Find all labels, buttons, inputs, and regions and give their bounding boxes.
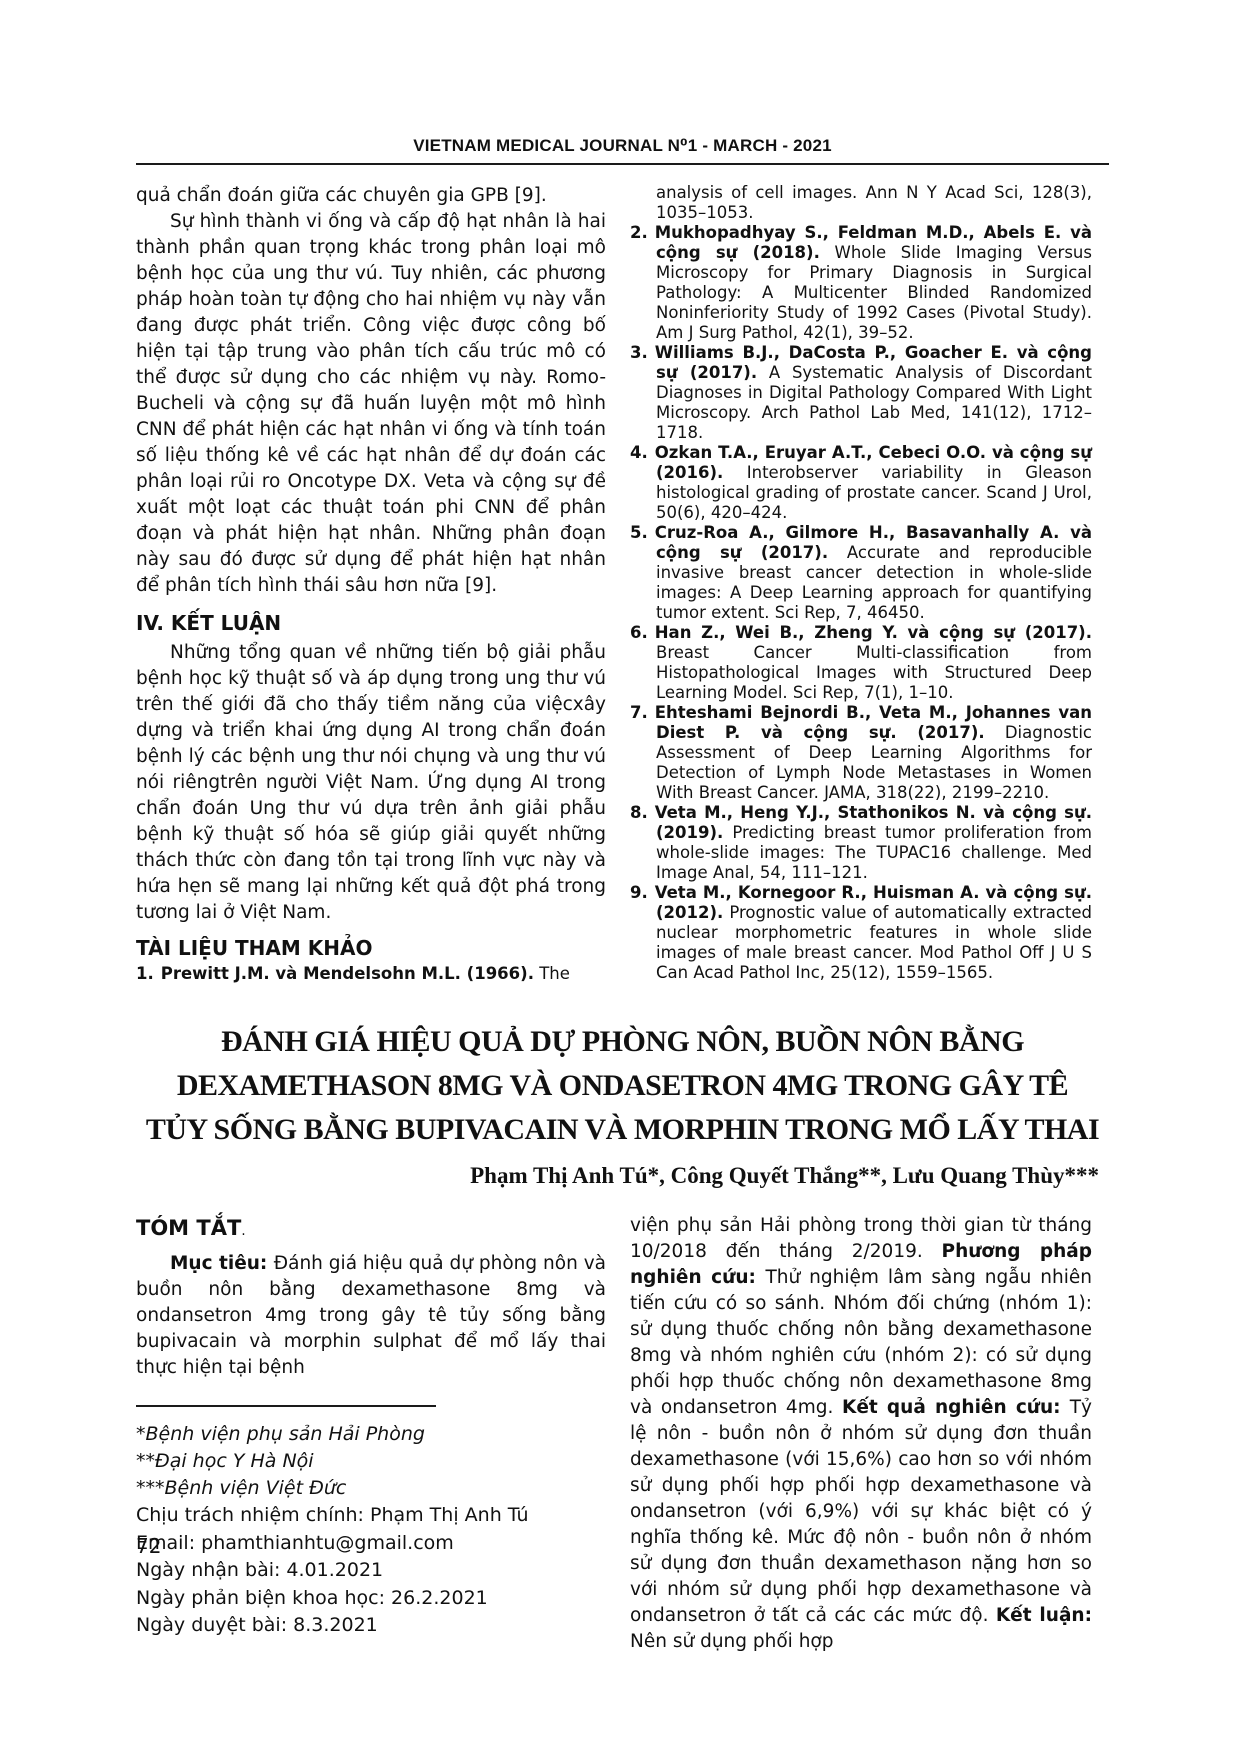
article1-left-column: quả chẩn đoán giữa các chuyên gia GPB [9… <box>136 183 606 984</box>
article-title-line: DEXAMETHASON 8MG VÀ ONDASETRON 4MG TRONG… <box>136 1064 1109 1108</box>
abstract-heading: TÓM TẮT. <box>136 1215 606 1245</box>
contact-line: Email: phamthianhtu@gmail.com <box>136 1530 606 1558</box>
reference-text: The <box>534 964 570 983</box>
abstract-paragraph-left: Mục tiêu: Đánh giá hiệu quả dự phòng nôn… <box>136 1251 606 1381</box>
article1-columns: quả chẩn đoán giữa các chuyên gia GPB [9… <box>136 183 1239 984</box>
reference-item: 5.Cruz-Roa A., Gilmore H., Basavanhally … <box>630 523 1092 623</box>
article-title-line: ĐÁNH GIÁ HIỆU QUẢ DỰ PHÒNG NÔN, BUỒN NÔN… <box>136 1020 1109 1064</box>
reference-number: 5. <box>630 523 655 542</box>
reference-item: 7.Ehteshami Bejnordi B., Veta M., Johann… <box>630 703 1092 803</box>
reference-item: 1.Prewitt J.M. và Mendelsohn M.L. (1966)… <box>136 964 606 984</box>
body-paragraph: Sự hình thành vi ống và cấp độ hạt nhân … <box>136 209 606 599</box>
conclusion-paragraph: Những tổng quan về những tiến bộ giải ph… <box>136 640 606 926</box>
article-title-line: TỦY SỐNG BẰNG BUPIVACAIN VÀ MORPHIN TRON… <box>136 1108 1109 1152</box>
abstract-paragraph-right: viện phụ sản Hải phòng trong thời gian t… <box>630 1213 1092 1655</box>
reference-item: 6.Han Z., Wei B., Zheng Y. và cộng sự (2… <box>630 623 1092 703</box>
footnote-line: **Đại học Y Hà Nội <box>136 1448 606 1475</box>
reference-authors: Prewitt J.M. và Mendelsohn M.L. (1966). <box>161 964 534 983</box>
reference-item: 3.Williams B.J., DaCosta P., Goacher E. … <box>630 343 1092 443</box>
article2-right-column: viện phụ sản Hải phòng trong thời gian t… <box>630 1213 1092 1655</box>
contact-line: Ngày phản biện khoa học: 26.2.2021 <box>136 1585 606 1613</box>
reference-number: 2. <box>630 223 655 242</box>
contact-line: Ngày nhận bài: 4.01.2021 <box>136 1557 606 1585</box>
reference-item: 2.Mukhopadhyay S., Feldman M.D., Abels E… <box>630 223 1092 343</box>
article1-right-column: analysis of cell images. Ann N Y Acad Sc… <box>630 183 1092 984</box>
reference-item: 9.Veta M., Kornegoor R., Huisman A. và c… <box>630 883 1092 983</box>
body-paragraph: quả chẩn đoán giữa các chuyên gia GPB [9… <box>136 183 606 209</box>
article2-left-column: TÓM TẮT. Mục tiêu: Đánh giá hiệu quả dự … <box>136 1213 606 1655</box>
conclusion-heading: IV. KẾT LUẬN <box>136 610 606 636</box>
contact-line: Ngày duyệt bài: 8.3.2021 <box>136 1612 606 1640</box>
journal-page: VIETNAM MEDICAL JOURNAL N⁰1 - MARCH - 20… <box>0 0 1239 1754</box>
article-title: ĐÁNH GIÁ HIỆU QUẢ DỰ PHÒNG NÔN, BUỒN NÔN… <box>136 1020 1109 1152</box>
reference-number: 1. <box>136 964 161 983</box>
footnote-line: ***Bệnh viện Việt Đức <box>136 1475 606 1502</box>
article2-columns: TÓM TẮT. Mục tiêu: Đánh giá hiệu quả dự … <box>136 1213 1239 1655</box>
journal-header: VIETNAM MEDICAL JOURNAL N⁰1 - MARCH - 20… <box>136 136 1109 165</box>
reference-item: 4.Ozkan T.A., Eruyar A.T., Cebeci O.O. v… <box>630 443 1092 523</box>
reference-item: 8.Veta M., Heng Y.J., Stathonikos N. và … <box>630 803 1092 883</box>
reference-number: 3. <box>630 343 655 362</box>
footnote-separator <box>136 1405 436 1407</box>
references-heading: TÀI LIỆU THAM KHẢO <box>136 935 606 961</box>
reference-authors: Han Z., Wei B., Zheng Y. và cộng sự (201… <box>655 623 1092 642</box>
footnote-line: *Bệnh viện phụ sản Hải Phòng <box>136 1421 606 1448</box>
reference-text: Breast Cancer Multi-classification from … <box>656 643 1092 702</box>
authors-line: Phạm Thị Anh Tú*, Công Quyết Thắng**, Lư… <box>0 1161 1239 1191</box>
reference-number: 7. <box>630 703 655 722</box>
page-number: 72 <box>136 1534 161 1558</box>
journal-title: VIETNAM MEDICAL JOURNAL N⁰1 - MARCH - 20… <box>413 136 832 155</box>
reference-number: 4. <box>630 443 655 462</box>
reference-number: 9. <box>630 883 655 902</box>
reference-continuation: analysis of cell images. Ann N Y Acad Sc… <box>630 183 1092 223</box>
reference-number: 8. <box>630 803 655 822</box>
contact-line: Chịu trách nhiệm chính: Phạm Thị Anh Tú <box>136 1502 606 1530</box>
reference-number: 6. <box>630 623 655 642</box>
